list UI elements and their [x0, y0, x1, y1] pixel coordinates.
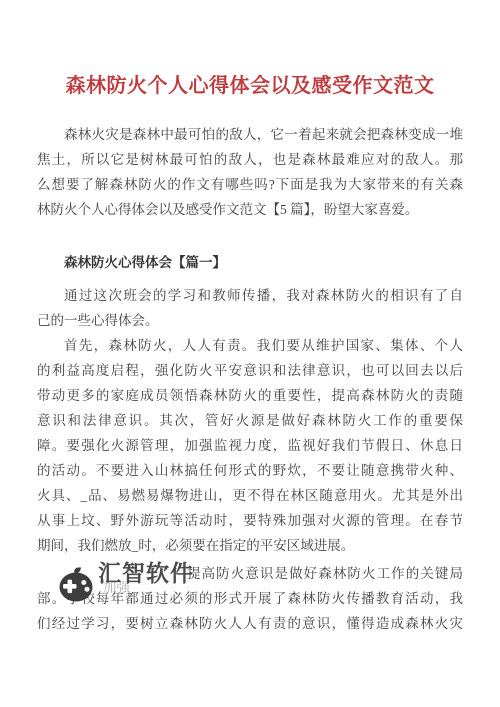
text-line: 森林火灾是森林中最可怕的敌人，它一着起来就会把森林变成一堆 [37, 122, 463, 147]
text-line: 焦土，所以它是树林最可怕的敌人，也是森林最难应对的敌人。那 [37, 147, 463, 172]
gamepad-bomb-icon [56, 566, 96, 602]
text-line: 首先，森林防火，人人有责。我们要从维护国家、集体、个人 [37, 333, 463, 358]
text-line: 己的一些心得体会。 [37, 308, 463, 333]
text-line: 么想要了解森林防火的作文有哪些吗?下面是我为大家带来的有关森 [37, 172, 463, 197]
section-heading: 森林防火心得体会【篇一】 [37, 250, 463, 275]
text-line: 火具、_品、易燃易爆物进山，更不得在林区随意用火。尤其是外出 [37, 483, 463, 508]
text-line: 的利益高度启程，强化防火平安意识和法律意识，也可以回去以后 [37, 358, 463, 383]
text-line: 森林防火心得体会【篇一】 [37, 250, 463, 275]
page-title: 森林防火个人心得体会以及感受作文范文 [37, 70, 463, 102]
paragraph: 通过这次班会的学习和教师传播，我对森林防火的相识有了自己的一些心得体会。 [37, 283, 463, 333]
text-line: 从事上坟、野外游玩等活动时，要特殊加强对火源的管理。在春节 [37, 508, 463, 533]
text-line: 带动更多的家庭成员领悟森林防火的重要性，提高森林防火的责随 [37, 383, 463, 408]
text-line: 障。要强化火源管理，加强监视力度，监视好我们节假日、休息日 [37, 433, 463, 458]
text-line: 们经过学习，要树立森林防火人人有责的意识，懂得造成森林火灾 [37, 611, 463, 636]
watermark: 加强 汇智软件 [56, 558, 194, 602]
paragraph: 首先，森林防火，人人有责。我们要从维护国家、集体、个人的利益高度启程，强化防火平… [37, 333, 463, 558]
paragraph: 森林火灾是森林中最可怕的敌人，它一着起来就会把森林变成一堆焦土，所以它是树林最可… [37, 122, 463, 222]
text-line: 林防火个人心得体会以及感受作文范文【5 篇】，盼望大家喜爱。 [37, 197, 463, 222]
watermark-label: 汇智软件 [98, 560, 194, 586]
document-page: 森林防火个人心得体会以及感受作文范文 森林火灾是森林中最可怕的敌人，它一着起来就… [0, 0, 500, 707]
text-line: 的活动。不要进入山林搞任何形式的野炊，不要让随意携带火种、 [37, 458, 463, 483]
text-line: 意识和法律意识。其次，管好火源是做好森林防火工作的重要保 [37, 408, 463, 433]
text-line: 通过这次班会的学习和教师传播，我对森林防火的相识有了自 [37, 283, 463, 308]
text-line: 期间，我们燃放_时，必须要在指定的平安区域进展。 [37, 533, 463, 558]
